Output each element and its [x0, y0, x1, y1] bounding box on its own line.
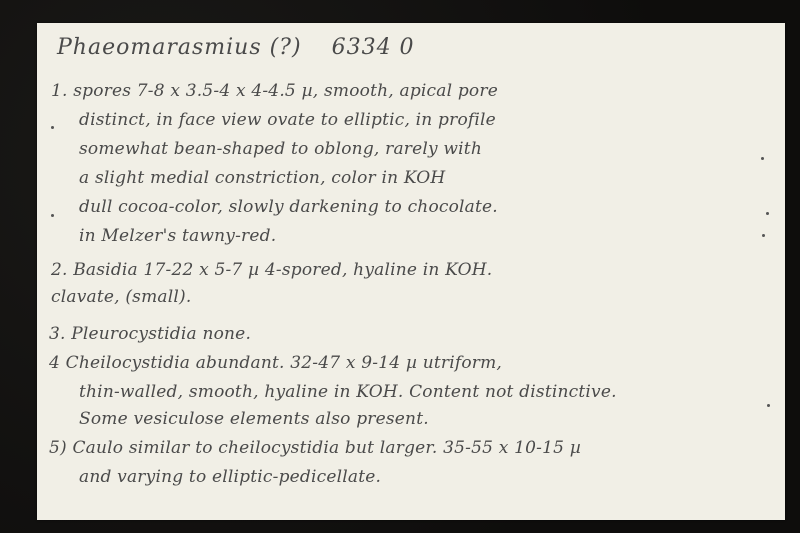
note-line-4: a slight medial constriction, color in K…	[79, 170, 445, 187]
margin-dot	[51, 126, 54, 129]
margin-dot	[761, 157, 764, 160]
note-line-2: distinct, in face view ovate to elliptic…	[79, 112, 496, 129]
note-line-9: 3. Pleurocystidia none.	[49, 326, 251, 343]
margin-dot	[766, 212, 769, 215]
genus-name: Phaeomarasmius (?)	[57, 35, 302, 60]
note-line-6: in Melzer's tawny-red.	[79, 228, 276, 245]
note-line-5: dull cocoa-color, slowly darkening to ch…	[79, 199, 498, 216]
note-line-8: clavate, (small).	[51, 289, 191, 306]
margin-dot	[51, 214, 54, 217]
note-line-3: somewhat bean-shaped to oblong, rarely w…	[79, 141, 482, 158]
note-line-1: 1. spores 7-8 x 3.5-4 x 4-4.5 µ, smooth,…	[51, 83, 498, 100]
margin-dot	[762, 234, 765, 237]
note-line-14: and varying to elliptic-pedicellate.	[79, 469, 381, 486]
note-line-13: 5) Caulo similar to cheilocystidia but l…	[49, 440, 581, 457]
margin-dot	[767, 404, 770, 407]
note-line-10: 4 Cheilocystidia abundant. 32-47 x 9-14 …	[49, 355, 502, 372]
collection-number: 6334 0	[332, 35, 415, 60]
note-line-7: 2. Basidia 17-22 x 5-7 µ 4-spored, hyali…	[51, 262, 492, 279]
card-header: Phaeomarasmius (?) 6334 0	[57, 37, 415, 59]
specimen-index-card: Phaeomarasmius (?) 6334 0 1. spores 7-8 …	[37, 23, 785, 520]
note-line-11: thin-walled, smooth, hyaline in KOH. Con…	[79, 384, 617, 401]
note-line-12: Some vesiculose elements also present.	[79, 411, 429, 428]
